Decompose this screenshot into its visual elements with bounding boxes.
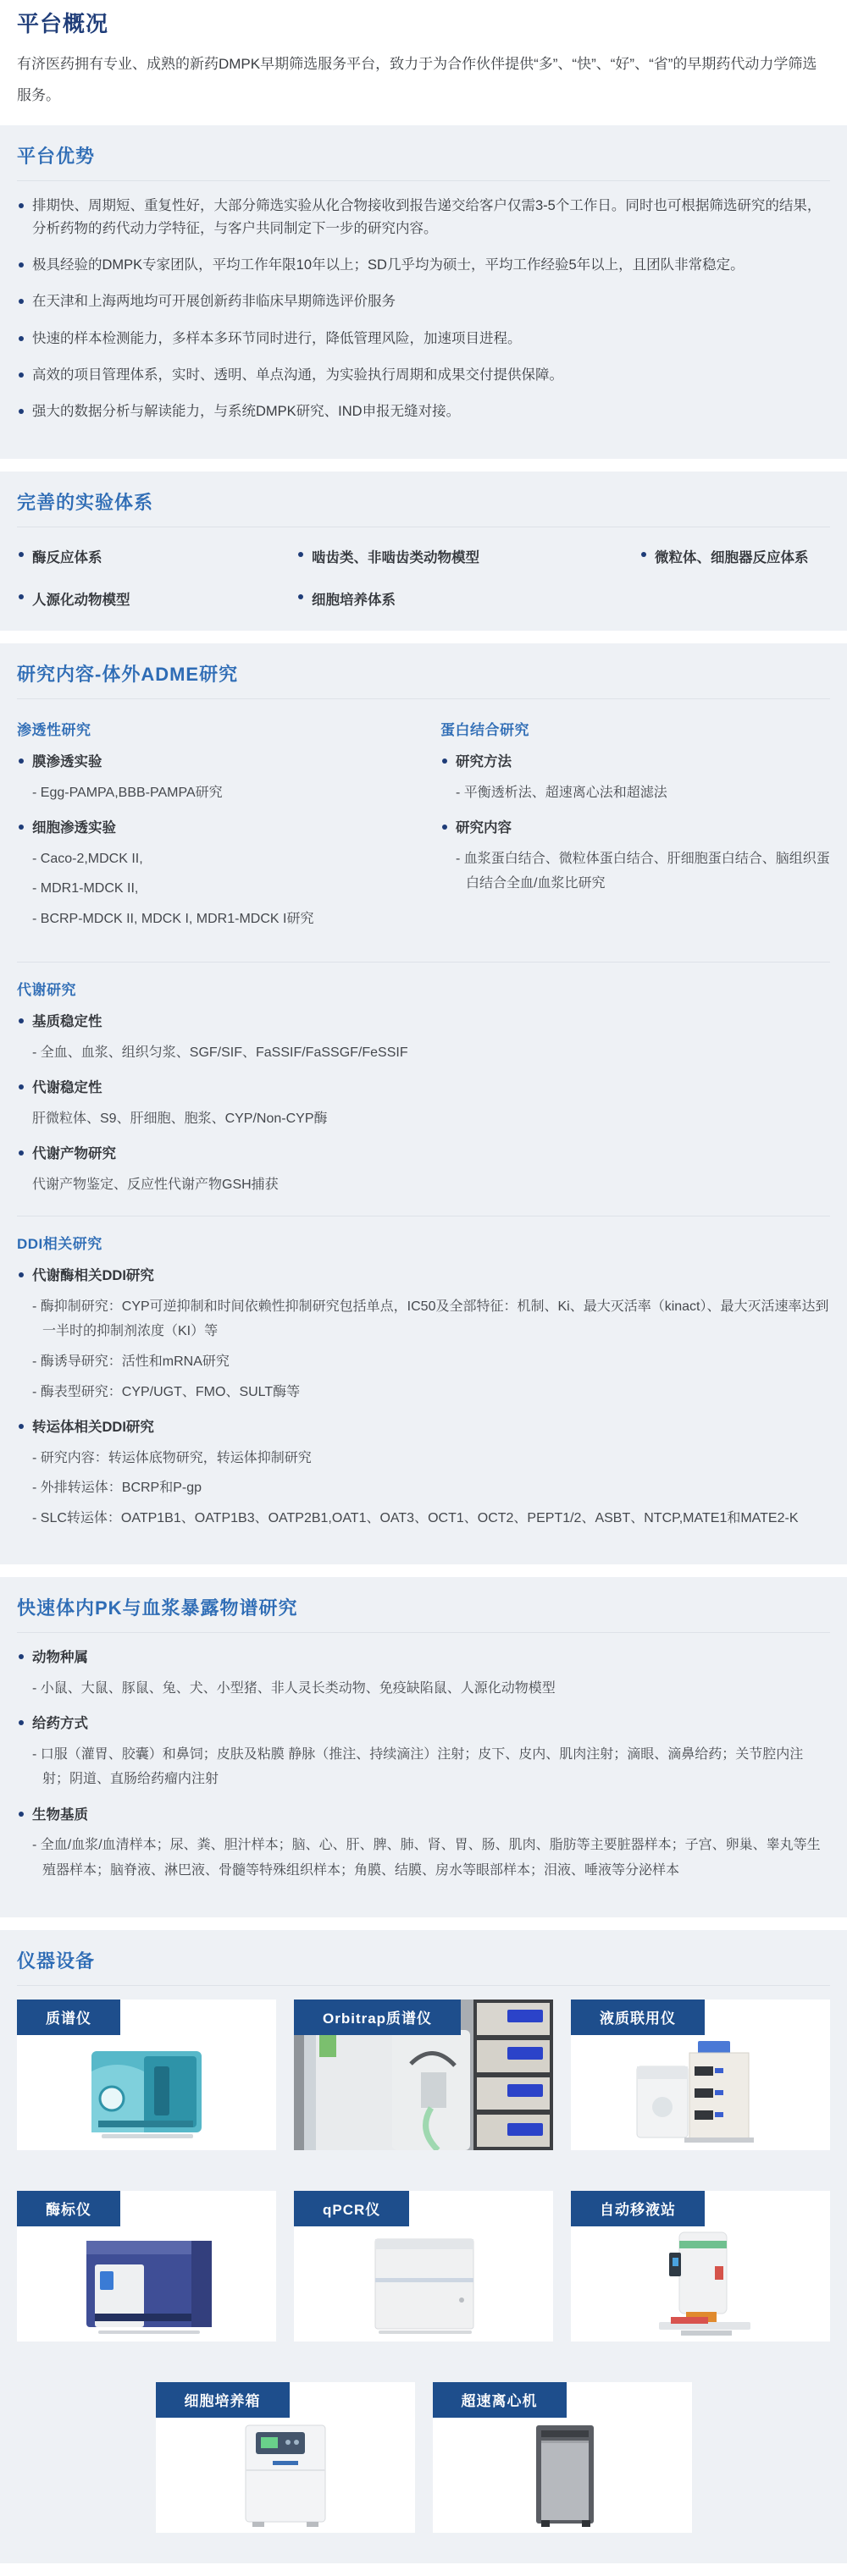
equipment-card-label: Orbitrap质谱仪	[294, 2000, 461, 2035]
advantage-item: 高效的项目管理体系，实时、透明、单点沟通，为实验执行周期和成果交付提供保障。	[17, 364, 830, 387]
research-group-line: - 酶抑制研究：CYP可逆抑制和时间依赖性抑制研究包括单点，IC50及全部特征：…	[17, 1294, 830, 1344]
equipment-card-label: qPCR仪	[294, 2191, 409, 2226]
research-group-line: - 平衡透析法、超速离心法和超滤法	[440, 781, 830, 806]
research-group-title: 研究内容	[440, 817, 830, 839]
advantages-heading: 平台优势	[17, 139, 830, 180]
research-group: 动物种属- 小鼠、大鼠、豚鼠、兔、犬、小型猪、非人灵长类动物、免疫缺陷鼠、人源化…	[17, 1647, 830, 1701]
equipment-card-centrifuge: 超速离心机	[433, 2382, 692, 2533]
metabolism-groups: 基质稳定性- 全血、血浆、组织匀浆、SGF/SIF、FaSSIF/FaSSGF/…	[17, 1011, 830, 1197]
ddi-heading: DDI相关研究	[17, 1232, 830, 1253]
system-item: 人源化动物模型	[17, 588, 296, 609]
section-divider	[17, 527, 830, 527]
page-title: 平台概况	[17, 7, 830, 38]
equipment-card-label: 液质联用仪	[571, 2000, 705, 2035]
subsection-divider	[17, 962, 830, 963]
research-group-line: - 全血/血浆/血清样本；尿、粪、胆汁样本；脑、心、肝、脾、肺、肾、胃、肠、肌肉…	[17, 1833, 830, 1883]
metabolism-heading: 代谢研究	[17, 978, 830, 999]
section-divider	[17, 698, 830, 699]
permeability-heading: 渗透性研究	[17, 718, 440, 739]
equipment-card-orbitrap: Orbitrap质谱仪	[294, 2000, 553, 2150]
section-advantages: 平台优势 排期快、周期短、重复性好，大部分筛选实验从化合物接收到报告递交给客户仅…	[0, 125, 847, 460]
adme-heading: 研究内容-体外ADME研究	[17, 657, 830, 698]
section-divider	[17, 1632, 830, 1633]
research-group-title: 膜渗透实验	[17, 751, 440, 773]
equipment-row-2: 酶标仪 qPCR仪 自动移液站	[17, 2191, 830, 2342]
equipment-card-label: 酶标仪	[17, 2191, 120, 2226]
incubator-photo	[156, 2418, 415, 2533]
equipment-card-label: 自动移液站	[571, 2191, 705, 2226]
research-group-title: 转运体相关DDI研究	[17, 1416, 830, 1438]
research-group-line: 肝微粒体、S9、肝细胞、胞浆、CYP/Non-CYP酶	[17, 1106, 830, 1132]
research-group-line: - 血浆蛋白结合、微粒体蛋白结合、肝细胞蛋白结合、脑组织蛋白结合全血/血浆比研究	[440, 847, 830, 896]
advantage-item: 在天津和上海两地均可开展创新药非临床早期筛选评价服务	[17, 290, 830, 313]
advantage-item: 强大的数据分析与解读能力，与系统DMPK研究、IND申报无缝对接。	[17, 400, 830, 423]
equipment-card-label: 质谱仪	[17, 2000, 120, 2035]
advantage-item: 极具经验的DMPK专家团队，平均工作年限10年以上；SD几乎均为硕士，平均工作经…	[17, 254, 830, 277]
research-group: 生物基质- 全血/血浆/血清样本；尿、粪、胆汁样本；脑、心、肝、脾、肺、肾、胃、…	[17, 1804, 830, 1884]
section-experiment-system: 完善的实验体系 酶反应体系啮齿类、非啮齿类动物模型微粒体、细胞器反应体系人源化动…	[0, 472, 847, 631]
research-group-title: 生物基质	[17, 1804, 830, 1826]
research-group-line: - MDR1-MDCK II,	[17, 876, 440, 902]
equipment-row-3: 细胞培养箱 超速离心机	[17, 2382, 830, 2533]
section-divider	[17, 180, 830, 181]
section-adme-research: 研究内容-体外ADME研究 渗透性研究 膜渗透实验- Egg-PAMPA,BBB…	[0, 643, 847, 1564]
centrifuge-photo	[433, 2418, 692, 2533]
research-group: 给药方式- 口服（灌胃、胶囊）和鼻饲；皮肤及粘膜 静脉（推注、持续滴注）注射；皮…	[17, 1713, 830, 1792]
research-group-title: 动物种属	[17, 1647, 830, 1669]
system-item: 细胞培养体系	[296, 588, 639, 609]
permeability-column: 渗透性研究 膜渗透实验- Egg-PAMPA,BBB-PAMPA研究细胞渗透实验…	[17, 713, 440, 943]
equipment-card-label: 细胞培养箱	[156, 2382, 290, 2418]
equipment-card-incubator: 细胞培养箱	[156, 2382, 415, 2533]
research-group-title: 给药方式	[17, 1713, 830, 1735]
permeability-groups: 膜渗透实验- Egg-PAMPA,BBB-PAMPA研究细胞渗透实验- Caco…	[17, 751, 440, 931]
research-group: 代谢稳定性肝微粒体、S9、肝细胞、胞浆、CYP/Non-CYP酶	[17, 1077, 830, 1131]
research-group: 代谢酶相关DDI研究- 酶抑制研究：CYP可逆抑制和时间依赖性抑制研究包括单点，…	[17, 1265, 830, 1404]
intro-text: 有济医药拥有专业、成熟的新药DMPK早期筛选服务平台，致力于为合作伙伴提供“多”…	[17, 48, 830, 112]
protein-binding-column: 蛋白结合研究 研究方法- 平衡透析法、超速离心法和超滤法研究内容- 血浆蛋白结合…	[440, 713, 830, 943]
pk-groups: 动物种属- 小鼠、大鼠、豚鼠、兔、犬、小型猪、非人灵长类动物、免疫缺陷鼠、人源化…	[17, 1647, 830, 1883]
research-group-title: 基质稳定性	[17, 1011, 830, 1033]
mass-spec-photo	[17, 2035, 276, 2150]
equipment-row-1: 质谱仪 Orbitrap质谱仪 液质联用仪	[17, 2000, 830, 2150]
research-group-line: - 口服（灌胃、胶囊）和鼻饲；皮肤及粘膜 静脉（推注、持续滴注）注射；皮下、皮内…	[17, 1742, 830, 1792]
advantage-item: 快速的样本检测能力，多样本多环节同时进行，降低管理风险，加速项目进程。	[17, 328, 830, 350]
research-group: 代谢产物研究代谢产物鉴定、反应性代谢产物GSH捕获	[17, 1143, 830, 1197]
protein-binding-heading: 蛋白结合研究	[440, 718, 830, 739]
qpcr-photo	[294, 2226, 553, 2342]
research-group-line: - Egg-PAMPA,BBB-PAMPA研究	[17, 781, 440, 806]
system-item: 酶反应体系	[17, 546, 296, 566]
equipment-card-mass-spec: 质谱仪	[17, 2000, 276, 2150]
protein-binding-groups: 研究方法- 平衡透析法、超速离心法和超滤法研究内容- 血浆蛋白结合、微粒体蛋白结…	[440, 751, 830, 896]
equipment-card-pipetting-station: 自动移液站	[571, 2191, 830, 2342]
research-group-line: - 研究内容：转运体底物研究，转运体抑制研究	[17, 1446, 830, 1471]
research-group: 基质稳定性- 全血、血浆、组织匀浆、SGF/SIF、FaSSIF/FaSSGF/…	[17, 1011, 830, 1065]
pk-heading: 快速体内PK与血浆暴露物谱研究	[17, 1591, 830, 1632]
research-group-line: - BCRP-MDCK II, MDCK I, MDR1-MDCK I研究	[17, 907, 440, 932]
research-group-line: - Caco-2,MDCK II,	[17, 847, 440, 872]
equipment-card-label: 超速离心机	[433, 2382, 567, 2418]
page-header: 平台概况 有济医药拥有专业、成熟的新药DMPK早期筛选服务平台，致力于为合作伙伴…	[0, 0, 847, 125]
research-group: 研究方法- 平衡透析法、超速离心法和超滤法	[440, 751, 830, 805]
plate-reader-photo	[17, 2226, 276, 2342]
research-group: 细胞渗透实验- Caco-2,MDCK II,- MDR1-MDCK II,- …	[17, 817, 440, 931]
system-grid: 酶反应体系啮齿类、非啮齿类动物模型微粒体、细胞器反应体系人源化动物模型细胞培养体…	[17, 541, 830, 609]
equipment-card-qpcr: qPCR仪	[294, 2191, 553, 2342]
adme-two-column: 渗透性研究 膜渗透实验- Egg-PAMPA,BBB-PAMPA研究细胞渗透实验…	[17, 713, 830, 943]
research-group-title: 代谢产物研究	[17, 1143, 830, 1165]
research-group-title: 研究方法	[440, 751, 830, 773]
research-group-line: 代谢产物鉴定、反应性代谢产物GSH捕获	[17, 1172, 830, 1198]
equipment-heading: 仪器设备	[17, 1944, 830, 1985]
research-group-title: 代谢稳定性	[17, 1077, 830, 1099]
research-group-line: - 酶表型研究：CYP/UGT、FMO、SULT酶等	[17, 1380, 830, 1405]
research-group: 转运体相关DDI研究- 研究内容：转运体底物研究，转运体抑制研究- 外排转运体：…	[17, 1416, 830, 1531]
research-group-title: 代谢酶相关DDI研究	[17, 1265, 830, 1287]
advantage-item: 排期快、周期短、重复性好，大部分筛选实验从化合物接收到报告递交给客户仅需3-5个…	[17, 195, 830, 240]
section-equipment: 仪器设备 质谱仪 Orbitrap质谱仪 液	[0, 1930, 847, 2563]
pipetting-station-photo	[571, 2226, 830, 2342]
system-item: 啮齿类、非啮齿类动物模型	[296, 546, 639, 566]
ddi-groups: 代谢酶相关DDI研究- 酶抑制研究：CYP可逆抑制和时间依赖性抑制研究包括单点，…	[17, 1265, 830, 1531]
research-group-line: - 全血、血浆、组织匀浆、SGF/SIF、FaSSIF/FaSSGF/FeSSI…	[17, 1040, 830, 1066]
equipment-card-plate-reader: 酶标仪	[17, 2191, 276, 2342]
section-divider	[17, 1985, 830, 1986]
research-group-title: 细胞渗透实验	[17, 817, 440, 839]
research-group: 研究内容- 血浆蛋白结合、微粒体蛋白结合、肝细胞蛋白结合、脑组织蛋白结合全血/血…	[440, 817, 830, 896]
research-group: 膜渗透实验- Egg-PAMPA,BBB-PAMPA研究	[17, 751, 440, 805]
equipment-card-lcms: 液质联用仪	[571, 2000, 830, 2150]
research-group-line: - 酶诱导研究：活性和mRNA研究	[17, 1349, 830, 1375]
lcms-photo	[571, 2035, 830, 2150]
subsection-divider	[17, 1216, 830, 1216]
research-group-line: - 小鼠、大鼠、豚鼠、兔、犬、小型猪、非人灵长类动物、免疫缺陷鼠、人源化动物模型	[17, 1676, 830, 1702]
system-item: 微粒体、细胞器反应体系	[639, 546, 830, 566]
research-group-line: - SLC转运体：OATP1B1、OATP1B3、OATP2B1,OAT1、OA…	[17, 1506, 830, 1531]
section-pk-research: 快速体内PK与血浆暴露物谱研究 动物种属- 小鼠、大鼠、豚鼠、兔、犬、小型猪、非…	[0, 1577, 847, 1917]
research-group-line: - 外排转运体：BCRP和P-gp	[17, 1476, 830, 1501]
advantages-list: 排期快、周期短、重复性好，大部分筛选实验从化合物接收到报告递交给客户仅需3-5个…	[17, 195, 830, 424]
system-heading: 完善的实验体系	[17, 485, 830, 527]
